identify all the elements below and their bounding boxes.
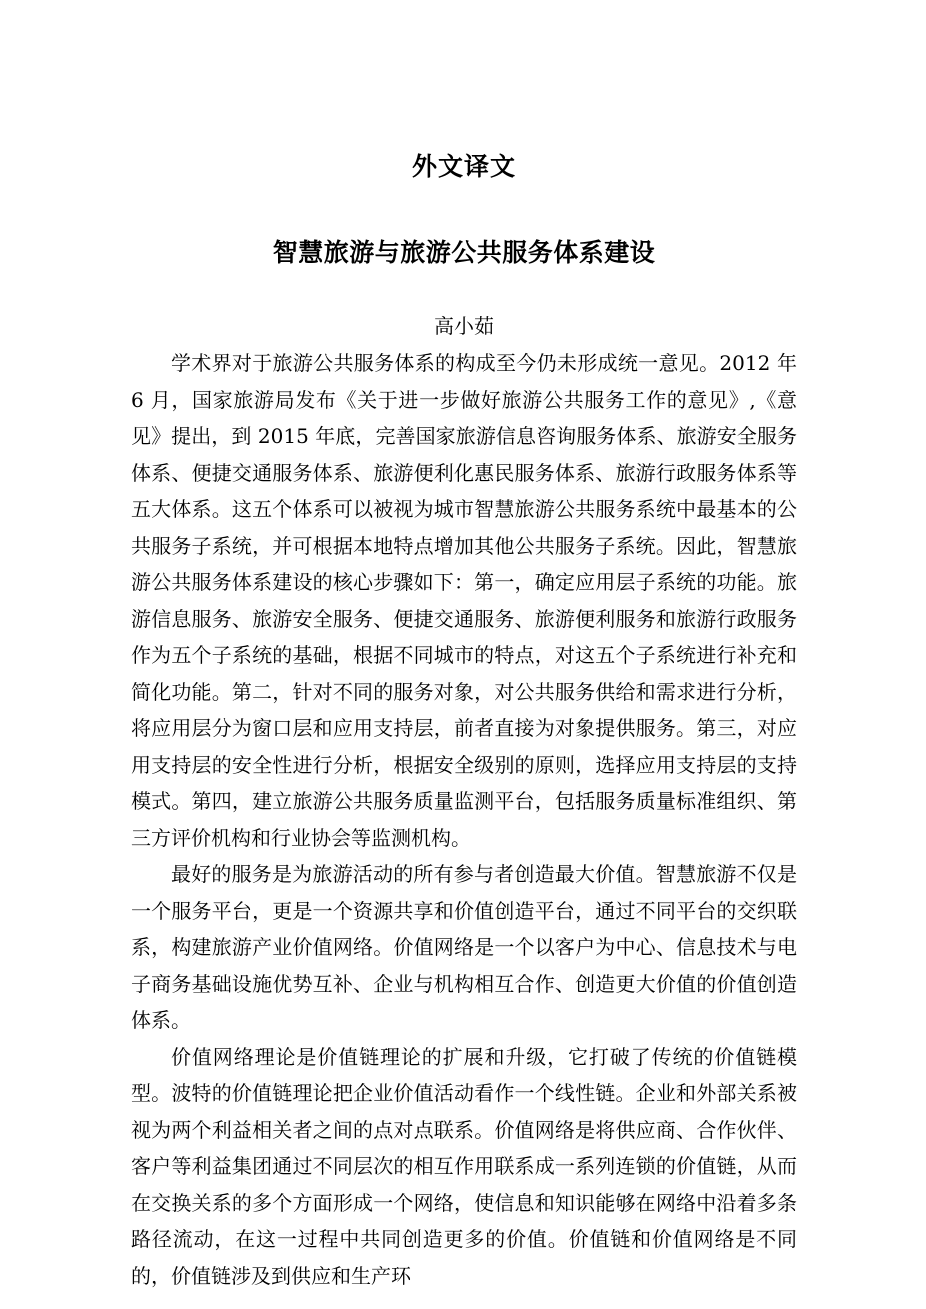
article-title: 智慧旅游与旅游公共服务体系建设 — [131, 238, 797, 268]
paragraph: 学术界对于旅游公共服务体系的构成至今仍未形成统一意见。2012 年 6 月，国家… — [131, 345, 797, 856]
body-paragraphs: 学术界对于旅游公共服务体系的构成至今仍未形成统一意见。2012 年 6 月，国家… — [131, 345, 797, 1294]
paragraph: 最好的服务是为旅游活动的所有参与者创造最大价值。智慧旅游不仅是一个服务平台，更是… — [131, 856, 797, 1039]
paragraph: 价值网络理论是价值链理论的扩展和升级，它打破了传统的价值链模型。波特的价值链理论… — [131, 1039, 797, 1295]
author-name: 高小茹 — [131, 313, 797, 339]
document-page: 外文译文 智慧旅游与旅游公共服务体系建设 高小茹 学术界对于旅游公共服务体系的构… — [0, 0, 926, 1309]
document-type-heading: 外文译文 — [131, 152, 797, 182]
